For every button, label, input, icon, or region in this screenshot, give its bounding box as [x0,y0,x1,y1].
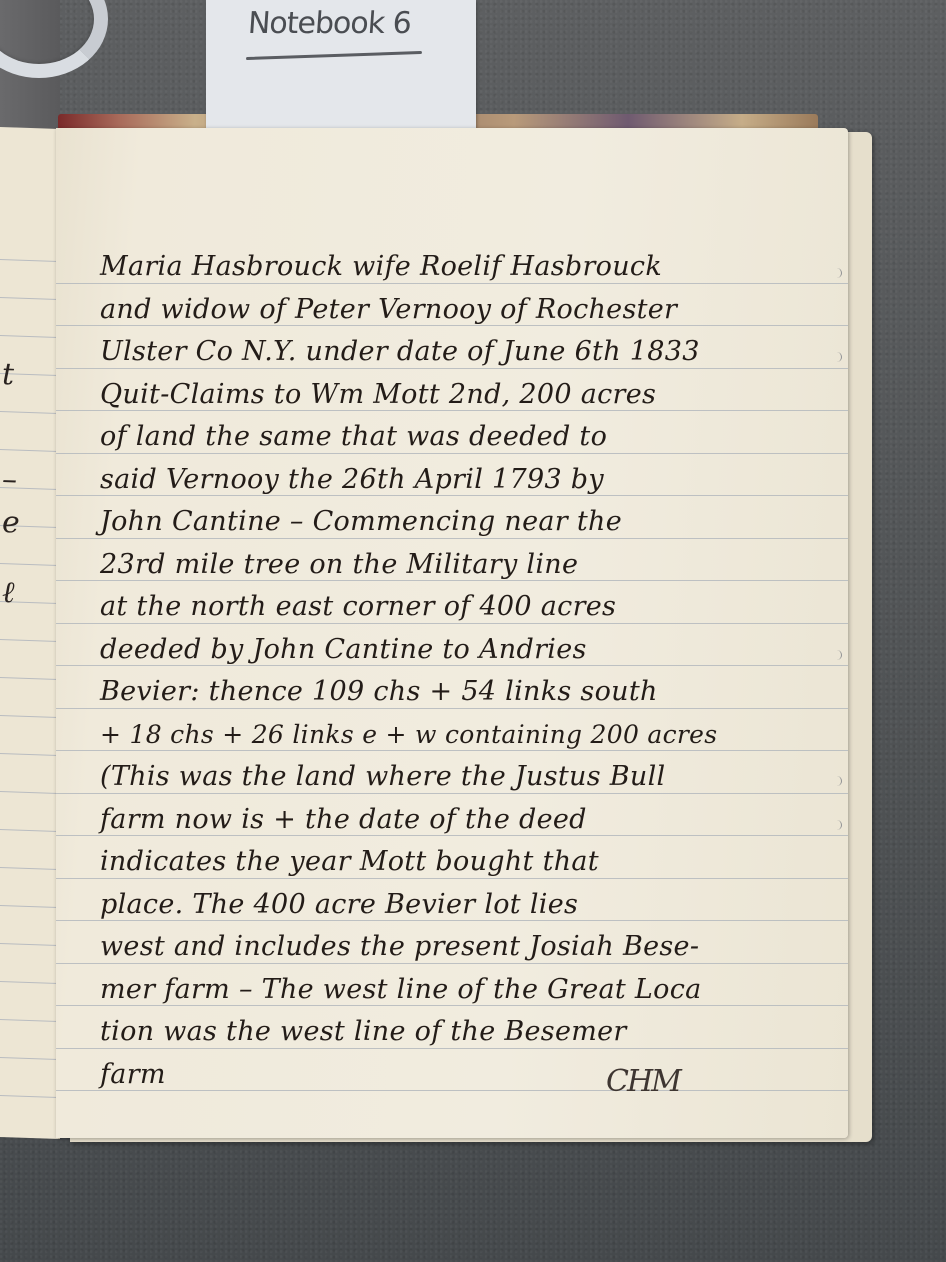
text-line: + 18 chs + 26 links e + w containing 200… [100,714,840,757]
page-rule [0,1057,58,1060]
tag-underline [246,51,422,60]
page-rule [0,259,58,262]
text-line: Maria Hasbrouck wife Roelif Hasbrouck [100,246,840,289]
text-line: and widow of Peter Vernooy of Rochester [100,289,840,332]
text-line: tion was the west line of the Besemer [100,1011,840,1054]
left-page-fragment: e [2,505,20,541]
page-rule [0,639,58,642]
page-rule [0,715,58,718]
text-line: place. The 400 acre Bevier lot lies [100,884,840,927]
text-line: farm [100,1054,840,1097]
page-rule [0,905,58,908]
handwritten-text: Maria Hasbrouck wife Roelif Hasbrouck an… [100,246,840,1096]
left-page: t – e ℓ [0,127,60,1139]
page-rule [0,791,58,794]
left-page-fragment: t [2,357,14,392]
text-line: of land the same that was deeded to [100,416,840,459]
page-rule [0,335,58,338]
page-rule [0,449,58,452]
notebook-tag: Notebook 6 [206,0,476,128]
text-line: at the north east corner of 400 acres [100,586,840,629]
page-rule [0,943,58,946]
signature-initials: CHM [606,1064,680,1099]
left-page-fragment: – [2,462,17,498]
page-rule [0,753,58,756]
text-line: John Cantine – Commencing near the [100,501,840,544]
page-rule [0,563,58,566]
text-line: farm now is + the date of the deed [100,799,840,842]
text-line: mer farm – The west line of the Great Lo… [100,969,840,1012]
page-rule [0,677,58,680]
text-line: Bevier: thence 109 chs + 54 links south [100,671,840,714]
left-page-fragment: ℓ [2,575,15,610]
notebook-tag-label: Notebook 6 [247,6,412,41]
page-rule [0,1019,58,1022]
page-rule [0,829,58,832]
text-line: (This was the land where the Justus Bull [100,756,840,799]
page-rule [0,867,58,870]
text-line: 23rd mile tree on the Military line [100,544,840,587]
page-rule [0,1095,58,1098]
page-rule [0,981,58,984]
text-line: Quit-Claims to Wm Mott 2nd, 200 acres [100,374,840,417]
page-rule [0,297,58,300]
text-line: said Vernooy the 26th April 1793 by [100,459,840,502]
notebook-page: Maria Hasbrouck wife Roelif Hasbrouck an… [56,128,848,1138]
text-line: west and includes the present Josiah Bes… [100,926,840,969]
text-line: indicates the year Mott bought that [100,841,840,884]
text-line: deeded by John Cantine to Andries [100,629,840,672]
text-line: Ulster Co N.Y. under date of June 6th 18… [100,331,840,374]
page-rule [0,411,58,414]
